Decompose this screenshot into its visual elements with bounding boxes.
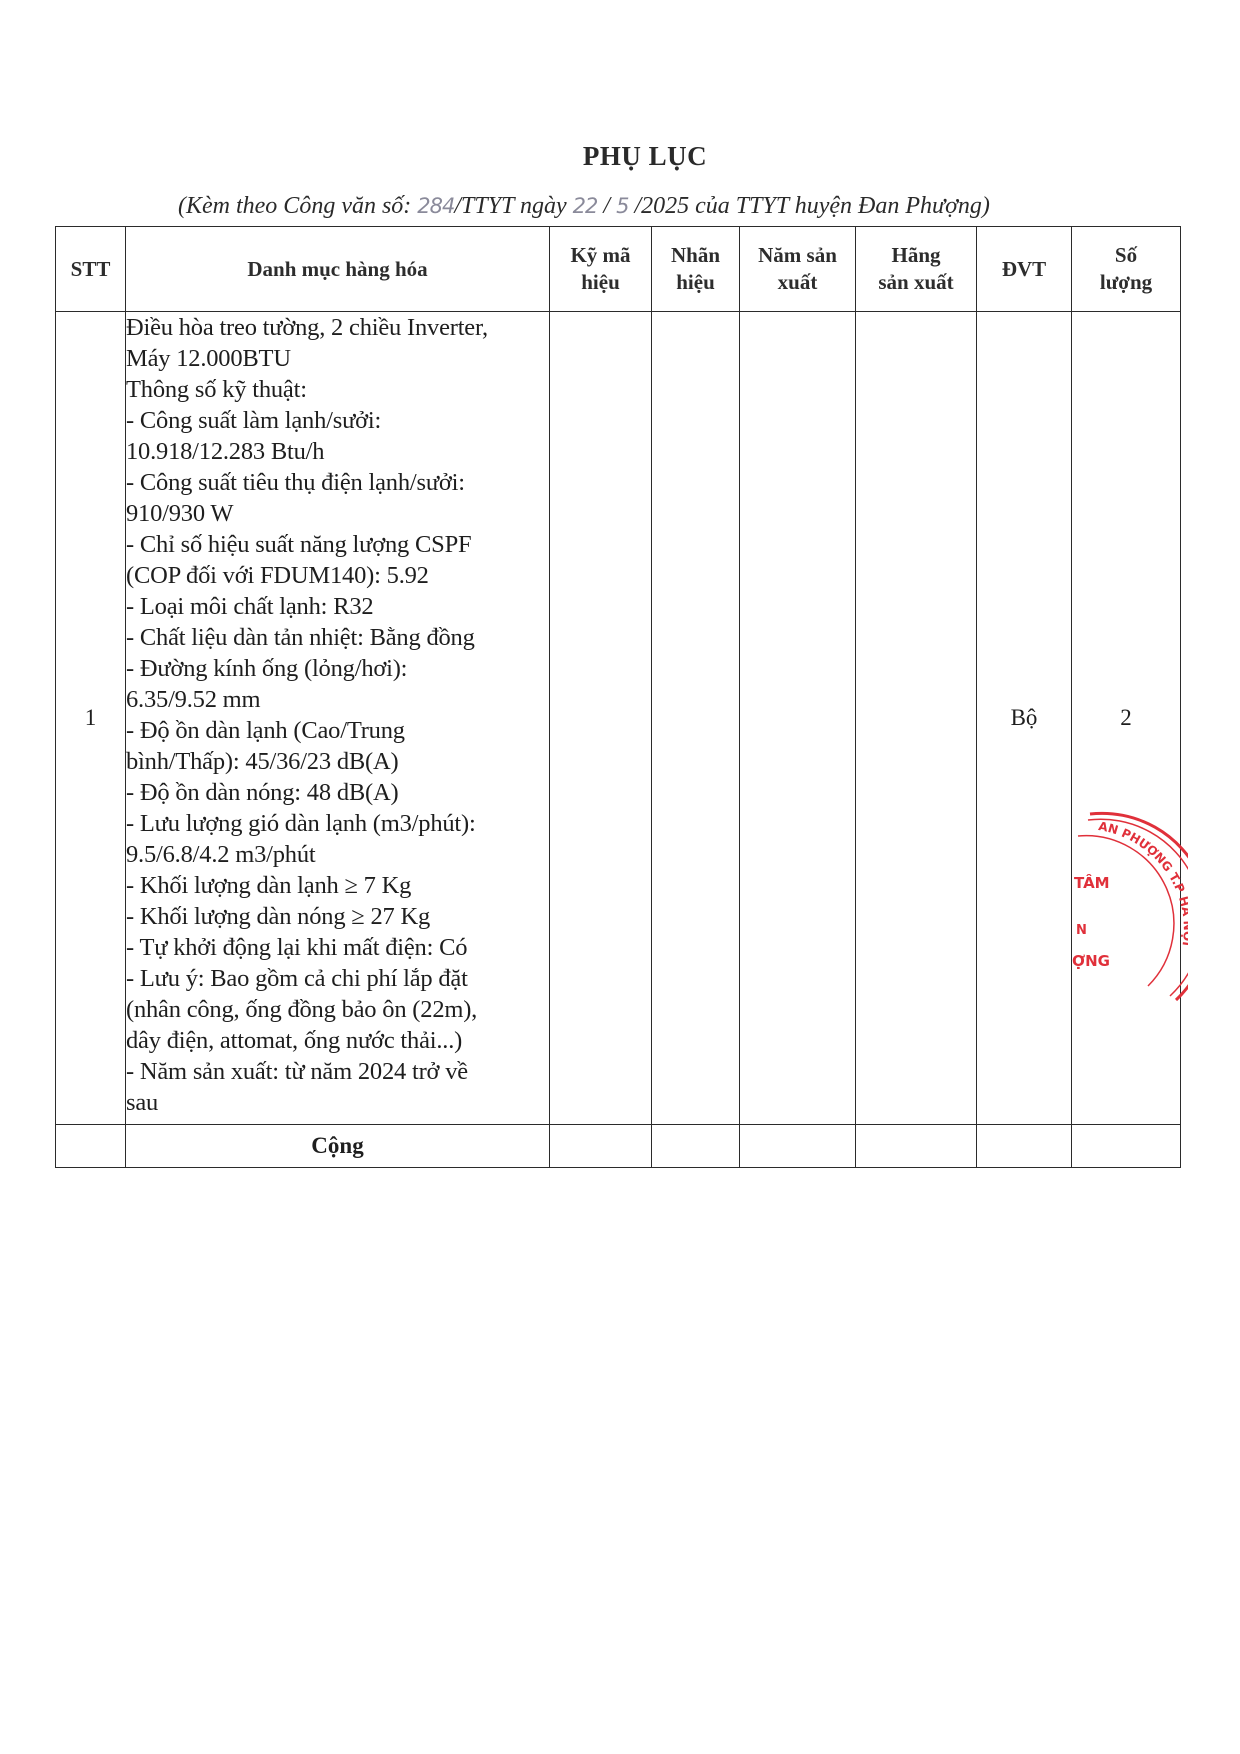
- description-line: sau: [126, 1087, 549, 1118]
- table-row: 1 Điều hòa treo tường, 2 chiều Inverter,…: [56, 312, 1181, 1125]
- description-line: 9.5/6.8/4.2 m3/phút: [126, 839, 549, 870]
- svg-text:N: N: [1076, 923, 1087, 938]
- description-line: 6.35/9.52 mm: [126, 684, 549, 715]
- total-cell-nhan-hieu: [652, 1125, 740, 1168]
- description-line: - Công suất làm lạnh/sưởi:: [126, 405, 549, 436]
- header-danh-muc: Danh mục hàng hóa: [126, 227, 550, 312]
- total-cell-hang-san-xuat: [856, 1125, 977, 1168]
- header-so-luong: Sốlượng: [1072, 227, 1181, 312]
- description-line: Điều hòa treo tường, 2 chiều Inverter,: [126, 312, 549, 343]
- total-row: Cộng: [56, 1125, 1181, 1168]
- description-line: (nhân công, ống đồng bảo ôn (22m),: [126, 994, 549, 1025]
- header-nhan-hieu: Nhãnhiệu: [652, 227, 740, 312]
- total-cell-nam-san-xuat: [740, 1125, 856, 1168]
- handwritten-month: 5: [616, 194, 628, 218]
- description-line: - Độ ồn dàn lạnh (Cao/Trung: [126, 715, 549, 746]
- cell-nhan-hieu: [652, 312, 740, 1125]
- subtitle-middle: /TTYT ngày: [454, 193, 572, 219]
- cell-nam-san-xuat: [740, 312, 856, 1125]
- description-line: Máy 12.000BTU: [126, 343, 549, 374]
- description-line: - Độ ồn dàn nóng: 48 dB(A): [126, 777, 549, 808]
- subtitle-date-separator: /: [597, 193, 616, 219]
- total-cell-so-luong: [1072, 1125, 1181, 1168]
- total-label: Cộng: [126, 1125, 550, 1168]
- handwritten-day: 22: [573, 194, 598, 218]
- subtitle-prefix: (Kèm theo Công văn số:: [178, 193, 417, 219]
- description-line: - Lưu ý: Bao gồm cả chi phí lắp đặt: [126, 963, 549, 994]
- total-cell-stt: [56, 1125, 126, 1168]
- description-line: - Loại môi chất lạnh: R32: [126, 591, 549, 622]
- cell-hang-san-xuat: [856, 312, 977, 1125]
- description-line: (COP đối với FDUM140): 5.92: [126, 560, 549, 591]
- description-line: 10.918/12.283 Btu/h: [126, 436, 549, 467]
- subtitle-suffix: /2025 của TTYT huyện Đan Phượng): [628, 193, 989, 219]
- description-line: - Đường kính ống (lỏng/hơi):: [126, 653, 549, 684]
- header-stt: STT: [56, 227, 126, 312]
- official-red-stamp: AN PHƯỢNG T.P HÀ NỘI TÂM N ỢNG: [1068, 808, 1188, 1008]
- svg-text:TÂM: TÂM: [1074, 873, 1110, 892]
- header-ky-ma-hieu: Kỹ mãhiệu: [550, 227, 652, 312]
- description-line: - Khối lượng dàn lạnh ≥ 7 Kg: [126, 870, 549, 901]
- svg-text:ỢNG: ỢNG: [1072, 952, 1110, 970]
- total-cell-ky-ma-hieu: [550, 1125, 652, 1168]
- cell-description: Điều hòa treo tường, 2 chiều Inverter,Má…: [126, 312, 550, 1125]
- description-line: bình/Thấp): 45/36/23 dB(A): [126, 746, 549, 777]
- description-line: - Lưu lượng gió dàn lạnh (m3/phút):: [126, 808, 549, 839]
- goods-table: STT Danh mục hàng hóa Kỹ mãhiệu Nhãnhiệu…: [55, 226, 1181, 1168]
- description-line: - Tự khởi động lại khi mất điện: Có: [126, 932, 549, 963]
- description-line: Thông số kỹ thuật:: [126, 374, 549, 405]
- header-dvt: ĐVT: [977, 227, 1072, 312]
- document-page: PHỤ LỤC (Kèm theo Công văn số: 284/TTYT …: [0, 0, 1240, 1754]
- cell-dvt: Bộ: [977, 312, 1072, 1125]
- total-cell-dvt: [977, 1125, 1072, 1168]
- cell-stt: 1: [56, 312, 126, 1125]
- table-header-row: STT Danh mục hàng hóa Kỹ mãhiệu Nhãnhiệu…: [56, 227, 1181, 312]
- stamp-seal-icon: AN PHƯỢNG T.P HÀ NỘI TÂM N ỢNG: [1068, 808, 1188, 1008]
- description-line: - Công suất tiêu thụ điện lạnh/sưởi:: [126, 467, 549, 498]
- header-hang-san-xuat: Hãngsản xuất: [856, 227, 977, 312]
- handwritten-doc-number: 284: [417, 194, 454, 218]
- description-line: - Chất liệu dàn tản nhiệt: Bằng đồng: [126, 622, 549, 653]
- cell-ky-ma-hieu: [550, 312, 652, 1125]
- description-line: - Khối lượng dàn nóng ≥ 27 Kg: [126, 901, 549, 932]
- description-line: 910/930 W: [126, 498, 549, 529]
- header-nam-san-xuat: Năm sảnxuất: [740, 227, 856, 312]
- document-subtitle: (Kèm theo Công văn số: 284/TTYT ngày 22 …: [178, 193, 990, 220]
- description-line: - Chỉ số hiệu suất năng lượng CSPF: [126, 529, 549, 560]
- description-line: dây điện, attomat, ống nước thải...): [126, 1025, 549, 1056]
- document-title: PHỤ LỤC: [0, 141, 1240, 172]
- description-line: - Năm sản xuất: từ năm 2024 trở về: [126, 1056, 549, 1087]
